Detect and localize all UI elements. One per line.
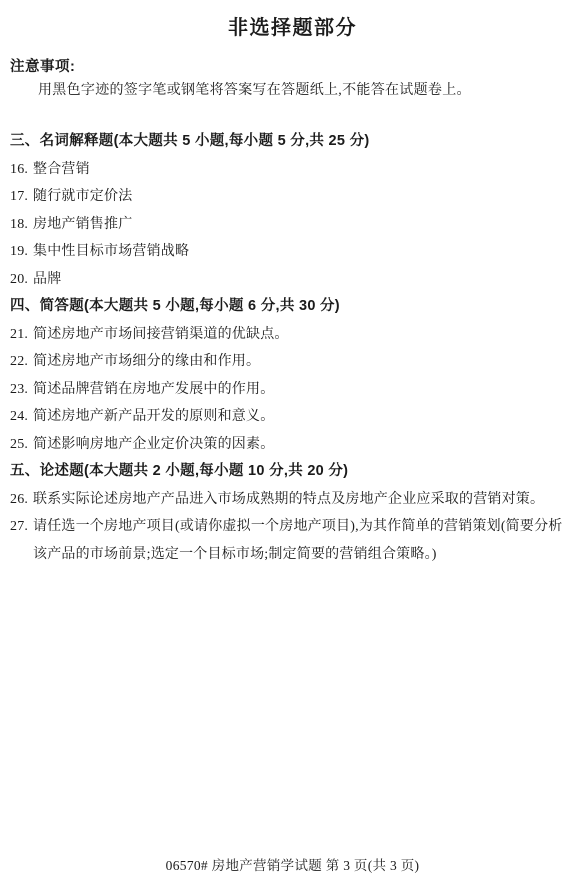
question-number: 17. bbox=[10, 183, 28, 211]
question-number: 16. bbox=[10, 156, 28, 184]
question-item: 21. 简述房地产市场间接营销渠道的优缺点。 bbox=[10, 321, 575, 349]
page-title: 非选择题部分 bbox=[10, 0, 575, 40]
question-text: 品牌 bbox=[33, 272, 61, 287]
question-item: 19. 集中性目标市场营销战略 bbox=[10, 238, 575, 266]
section-heading: 五、论述题(本大题共 2 小题,每小题 10 分,共 20 分) bbox=[10, 458, 575, 486]
question-text: 随行就市定价法 bbox=[33, 189, 132, 204]
question-item: 26. 联系实际论述房地产产品进入市场成熟期的特点及房地产企业应采取的营销对策。 bbox=[10, 486, 575, 514]
question-text: 简述影响房地产企业定价决策的因素。 bbox=[33, 437, 274, 452]
question-item: 23. 简述品牌营销在房地产发展中的作用。 bbox=[10, 376, 575, 404]
question-number: 24. bbox=[10, 403, 28, 431]
question-item: 17. 随行就市定价法 bbox=[10, 183, 575, 211]
question-text: 联系实际论述房地产产品进入市场成熟期的特点及房地产企业应采取的营销对策。 bbox=[33, 492, 544, 507]
question-text: 整合营销 bbox=[33, 162, 90, 177]
question-text: 简述品牌营销在房地产发展中的作用。 bbox=[33, 382, 274, 397]
question-number: 20. bbox=[10, 266, 28, 294]
question-number: 18. bbox=[10, 211, 28, 239]
question-number: 19. bbox=[10, 238, 28, 266]
question-text: 简述房地产新产品开发的原则和意义。 bbox=[33, 409, 274, 424]
question-item: 25. 简述影响房地产企业定价决策的因素。 bbox=[10, 431, 575, 459]
question-item: 24. 简述房地产新产品开发的原则和意义。 bbox=[10, 403, 575, 431]
question-text: 简述房地产市场细分的缘由和作用。 bbox=[33, 354, 260, 369]
question-sections: 三、名词解释题(本大题共 5 小题,每小题 5 分,共 25 分) 16. 整合… bbox=[10, 128, 575, 568]
exam-page: 非选择题部分 注意事项: 用黑色字迹的签字笔或钢笔将答案写在答题纸上,不能答在试… bbox=[0, 0, 585, 885]
question-text: 简述房地产市场间接营销渠道的优缺点。 bbox=[33, 327, 289, 342]
question-number: 27. bbox=[10, 513, 28, 541]
notice-body: 用黑色字迹的签字笔或钢笔将答案写在答题纸上,不能答在试题卷上。 bbox=[10, 80, 575, 102]
notice-heading: 注意事项: bbox=[10, 56, 575, 78]
question-item: 27. 请任选一个房地产项目(或请你虚拟一个房地产项目),为其作简单的营销策划(… bbox=[10, 513, 575, 568]
question-number: 22. bbox=[10, 348, 28, 376]
section-heading: 三、名词解释题(本大题共 5 小题,每小题 5 分,共 25 分) bbox=[10, 128, 575, 156]
question-item: 22. 简述房地产市场细分的缘由和作用。 bbox=[10, 348, 575, 376]
section-term-definitions: 三、名词解释题(本大题共 5 小题,每小题 5 分,共 25 分) 16. 整合… bbox=[10, 128, 575, 293]
question-text: 请任选一个房地产项目(或请你虚拟一个房地产项目),为其作简单的营销策划(简要分析… bbox=[33, 519, 562, 562]
question-text: 房地产销售推广 bbox=[33, 217, 132, 232]
question-number: 25. bbox=[10, 431, 28, 459]
section-essay: 五、论述题(本大题共 2 小题,每小题 10 分,共 20 分) 26. 联系实… bbox=[10, 458, 575, 568]
section-heading: 四、简答题(本大题共 5 小题,每小题 6 分,共 30 分) bbox=[10, 293, 575, 321]
section-short-answer: 四、简答题(本大题共 5 小题,每小题 6 分,共 30 分) 21. 简述房地… bbox=[10, 293, 575, 458]
page-footer: 06570# 房地产营销学试题 第 3 页(共 3 页) bbox=[0, 857, 585, 875]
question-number: 26. bbox=[10, 486, 28, 514]
question-text: 集中性目标市场营销战略 bbox=[33, 244, 189, 259]
question-number: 23. bbox=[10, 376, 28, 404]
page-content: 非选择题部分 注意事项: 用黑色字迹的签字笔或钢笔将答案写在答题纸上,不能答在试… bbox=[0, 0, 585, 568]
question-item: 20. 品牌 bbox=[10, 266, 575, 294]
question-item: 18. 房地产销售推广 bbox=[10, 211, 575, 239]
question-item: 16. 整合营销 bbox=[10, 156, 575, 184]
question-number: 21. bbox=[10, 321, 28, 349]
notice-block: 注意事项: 用黑色字迹的签字笔或钢笔将答案写在答题纸上,不能答在试题卷上。 bbox=[10, 56, 575, 102]
